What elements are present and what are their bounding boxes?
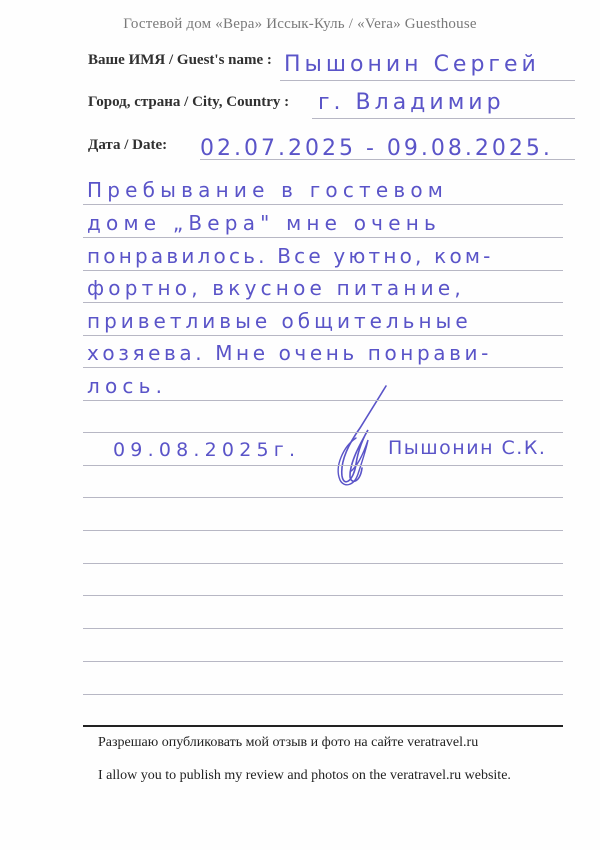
city-country-label: Город, страна / City, Country : (88, 94, 289, 111)
ruled-line (83, 302, 563, 303)
ruled-line (83, 367, 563, 368)
ruled-line (83, 563, 563, 564)
date-value: 02.07.2025 - 09.08.2025. (200, 136, 553, 161)
review-line-7: лось. (87, 374, 167, 398)
date-label: Дата / Date: (88, 137, 167, 154)
ruled-line (83, 497, 563, 498)
ruled-line (83, 237, 563, 238)
ruled-line (83, 465, 563, 466)
date-underline (200, 159, 575, 160)
guest-name-underline (280, 80, 575, 81)
ruled-line (83, 270, 563, 271)
review-line-4: фортно, вкусное питание, (87, 276, 465, 300)
ruled-line (83, 432, 563, 433)
ruled-line (83, 595, 563, 596)
ruled-line (83, 694, 563, 695)
guest-name-label: Ваше ИМЯ / Guest's name : (88, 52, 272, 69)
city-country-value: г. Владимир (318, 90, 505, 115)
ruled-line (83, 661, 563, 662)
review-line-3: понравилось. Все уютно, ком- (87, 244, 494, 268)
signature-scribble-icon (320, 380, 400, 490)
review-line-1: Пребывание в гостевом (87, 178, 448, 202)
ruled-line (83, 400, 563, 401)
footer-divider (83, 725, 563, 727)
ruled-line (83, 628, 563, 629)
ruled-line (83, 335, 563, 336)
review-line-6: хозяева. Мне очень понрави- (87, 341, 492, 365)
guestbook-page: Гостевой дом «Вера» Иссык-Куль / «Vera» … (0, 0, 600, 850)
guest-name-value: Пышонин Сергей (284, 52, 540, 77)
review-line-2: доме „Вера" мне очень (87, 211, 441, 235)
ruled-line (83, 204, 563, 205)
consent-en: I allow you to publish my review and pho… (98, 768, 511, 784)
signed-date: 09.08.2025г. (113, 439, 300, 461)
city-country-underline (312, 118, 575, 119)
consent-ru: Разрешаю опубликовать мой отзыв и фото н… (98, 735, 478, 751)
review-line-5: приветливые общительные (87, 309, 472, 333)
ruled-line (83, 530, 563, 531)
signature-name: Пышонин С.К. (388, 437, 546, 459)
guesthouse-header: Гостевой дом «Вера» Иссык-Куль / «Vera» … (0, 16, 600, 33)
